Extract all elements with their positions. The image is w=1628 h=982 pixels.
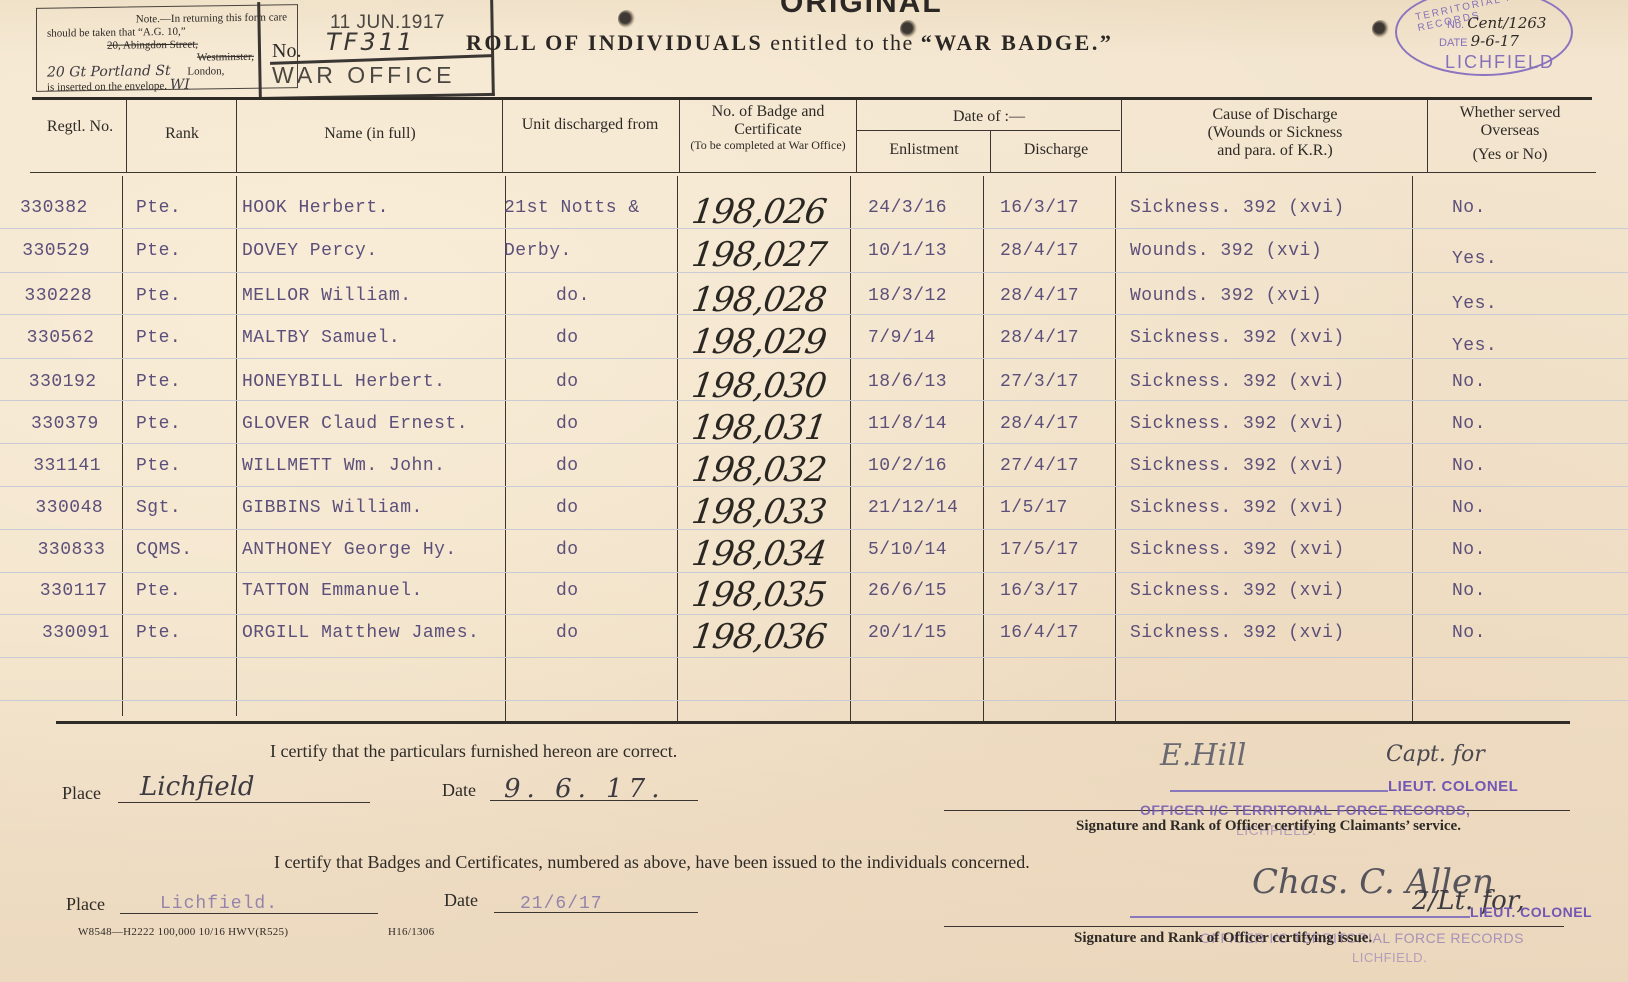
- col-divider: [126, 100, 127, 172]
- form-code: H16/1306: [388, 926, 434, 938]
- col-header-overseas-l3: (Yes or No): [1430, 146, 1590, 164]
- cell-badge-number: 198,035: [689, 575, 828, 615]
- cell-rank: CQMS.: [136, 540, 193, 560]
- cell-discharge-date: 28/4/17: [1000, 328, 1079, 348]
- cell-discharge-date: 27/3/17: [1000, 372, 1079, 392]
- certification-1-statement: I certify that the particulars furnished…: [270, 741, 677, 762]
- cert1-place-value: Lichfield: [140, 772, 255, 802]
- cell-name: WILLMETT Wm. John.: [242, 456, 445, 476]
- cell-rank: Pte.: [136, 581, 181, 601]
- cert1-date-value: 9. 6. 17.: [504, 774, 666, 804]
- cell-regtl-no: 330192: [29, 372, 97, 392]
- cert2-stamp-rank: LIEUT. COLONEL: [1470, 904, 1592, 920]
- cell-overseas: No.: [1452, 414, 1486, 434]
- cell-enlistment-date: 10/1/13: [868, 241, 947, 261]
- table-top-rule: [32, 97, 1592, 100]
- col-header-name: Name (in full): [240, 125, 500, 143]
- cell-enlistment-date: 11/8/14: [868, 414, 947, 434]
- cell-discharge-date: 16/4/17: [1000, 623, 1079, 643]
- records-stamp-no-value: Cent/1263: [1467, 14, 1546, 32]
- cert2-stamp-line: [1130, 916, 1470, 918]
- cell-badge-number: 198,034: [689, 534, 828, 574]
- col-divider: [677, 176, 678, 721]
- cell-enlistment-date: 7/9/14: [868, 328, 936, 348]
- cell-cause: Wounds. 392 (xvi): [1130, 241, 1322, 261]
- cell-regtl-no: 331141: [33, 456, 101, 476]
- col-header-cause-l2: (Wounds or Sickness: [1125, 124, 1425, 142]
- cert1-stamp-line: [1170, 790, 1388, 792]
- cell-overseas: No.: [1452, 623, 1486, 643]
- date-of-rule: [856, 130, 1120, 131]
- title-part-3: “WAR BADGE.”: [921, 30, 1114, 55]
- punch-hole-icon: [618, 10, 636, 28]
- cell-rank: Sgt.: [136, 498, 181, 518]
- cell-overseas: No.: [1452, 372, 1486, 392]
- table-header-rule: [30, 172, 1596, 173]
- cell-discharge-date: 28/4/17: [1000, 241, 1079, 261]
- cell-regtl-no: 330117: [40, 581, 108, 601]
- cell-regtl-no: 330529: [22, 241, 90, 261]
- cell-name: HONEYBILL Herbert.: [242, 372, 445, 392]
- cell-badge-number: 198,030: [689, 366, 828, 406]
- cell-enlistment-date: 18/6/13: [868, 372, 947, 392]
- cell-cause: Sickness. 392 (xvi): [1130, 581, 1345, 601]
- col-header-badge: No. of Badge and Certificate (To be comp…: [682, 103, 854, 152]
- cert1-caption: Signature and Rank of Officer certifying…: [1076, 818, 1461, 835]
- col-divider: [502, 100, 503, 172]
- cell-name: GIBBINS William.: [242, 498, 423, 518]
- col-header-cause-l3: and para. of K.R.): [1125, 142, 1425, 160]
- cell-unit: do: [556, 581, 579, 601]
- cell-enlistment-date: 26/6/15: [868, 581, 947, 601]
- col-header-rank: Rank: [130, 125, 234, 143]
- col-divider: [679, 100, 680, 172]
- cell-badge-number: 198,029: [689, 322, 828, 362]
- cell-rank: Pte.: [136, 414, 181, 434]
- cell-overseas: No.: [1452, 456, 1486, 476]
- col-header-unit: Unit discharged from: [520, 116, 660, 134]
- cell-name: HOOK Herbert.: [242, 198, 389, 218]
- cell-regtl-no: 330382: [20, 198, 88, 218]
- note-line-6: is inserted on the envelope.: [47, 80, 167, 94]
- cell-unit: do: [556, 414, 579, 434]
- cell-enlistment-date: 10/2/16: [868, 456, 947, 476]
- cell-badge-number: 198,033: [689, 492, 828, 532]
- cert1-stamp-rank: LIEUT. COLONEL: [1388, 778, 1518, 795]
- cell-regtl-no: 330833: [38, 540, 106, 560]
- cell-unit: do: [556, 372, 579, 392]
- col-header-overseas-l1: Whether served: [1430, 104, 1590, 122]
- col-divider: [236, 100, 237, 172]
- cell-overseas: No.: [1452, 540, 1486, 560]
- cell-discharge-date: 27/4/17: [1000, 456, 1079, 476]
- cell-enlistment-date: 20/1/15: [868, 623, 947, 643]
- col-header-cause-l1: Cause of Discharge: [1125, 106, 1425, 124]
- col-header-cause: Cause of Discharge (Wounds or Sickness a…: [1125, 106, 1425, 160]
- col-header-overseas-l2: Overseas: [1430, 122, 1590, 140]
- cert2-date-value: 21/6/17: [520, 894, 603, 914]
- cert2-place-label: Place: [66, 894, 105, 915]
- cell-regtl-no: 330048: [35, 498, 103, 518]
- cell-badge-number: 198,036: [689, 617, 828, 657]
- cell-cause: Wounds. 392 (xvi): [1130, 286, 1322, 306]
- cell-unit: do: [556, 328, 579, 348]
- cell-unit: do: [556, 498, 579, 518]
- war-office-no-label: No.: [272, 40, 301, 63]
- cell-unit: do: [556, 623, 579, 643]
- records-office-stamp: TERRITORIAL FORCE RECORDS No. Cent/1263 …: [1395, 0, 1573, 76]
- cell-discharge-date: 28/4/17: [1000, 414, 1079, 434]
- cert1-place-line: [118, 802, 370, 803]
- cert2-signature-line: [944, 926, 1564, 927]
- col-divider: [990, 130, 991, 172]
- cell-unit: do: [556, 540, 579, 560]
- cell-name: TATTON Emmanuel.: [242, 581, 423, 601]
- col-divider: [1115, 176, 1116, 721]
- print-code: W8548—H2222 100,000 10/16 HWV(R525): [78, 926, 288, 938]
- cell-rank: Pte.: [136, 241, 181, 261]
- cell-regtl-no: 330228: [24, 286, 92, 306]
- cell-discharge-date: 28/4/17: [1000, 286, 1079, 306]
- cell-overseas: No.: [1452, 581, 1486, 601]
- cell-discharge-date: 17/5/17: [1000, 540, 1079, 560]
- cell-cause: Sickness. 392 (xvi): [1130, 623, 1345, 643]
- original-stamp: ORIGINAL: [780, 0, 943, 20]
- cert1-place-label: Place: [62, 783, 101, 804]
- col-divider: [1121, 100, 1122, 172]
- cert1-signature: E.Hill: [1160, 738, 1246, 773]
- cell-cause: Sickness. 392 (xvi): [1130, 414, 1345, 434]
- records-stamp-date-value: 9-6-17: [1471, 32, 1519, 50]
- cell-cause: Sickness. 392 (xvi): [1130, 328, 1345, 348]
- cell-cause: Sickness. 392 (xvi): [1130, 498, 1345, 518]
- cell-cause: Sickness. 392 (xvi): [1130, 198, 1345, 218]
- cell-badge-number: 198,026: [689, 192, 828, 232]
- cell-name: ANTHONEY George Hy.: [242, 540, 457, 560]
- cell-regtl-no: 330379: [31, 414, 99, 434]
- cell-regtl-no: 330562: [27, 328, 95, 348]
- note-handwritten-postcode: WI: [170, 77, 190, 93]
- cell-enlistment-date: 24/3/16: [868, 198, 947, 218]
- cell-discharge-date: 16/3/17: [1000, 581, 1079, 601]
- cell-regtl-no: 330091: [42, 623, 110, 643]
- cell-name: DOVEY Percy.: [242, 241, 378, 261]
- cell-overseas: No.: [1452, 198, 1486, 218]
- col-divider: [236, 176, 237, 716]
- col-header-regtl-no: Regtl. No.: [40, 118, 120, 136]
- cell-name: GLOVER Claud Ernest.: [242, 414, 468, 434]
- cell-badge-number: 198,031: [689, 408, 828, 448]
- cell-name: MELLOR William.: [242, 286, 412, 306]
- cell-cause: Sickness. 392 (xvi): [1130, 456, 1345, 476]
- cell-rank: Pte.: [136, 372, 181, 392]
- cell-badge-number: 198,032: [689, 450, 828, 490]
- cert2-stamp-city: LICHFIELD.: [1352, 950, 1427, 965]
- page-title: ROLL OF INDIVIDUALS entitled to the “WAR…: [466, 30, 1113, 56]
- cell-cause: Sickness. 392 (xvi): [1130, 372, 1345, 392]
- col-header-discharge: Discharge: [992, 141, 1120, 159]
- title-part-2: entitled to the: [770, 30, 913, 55]
- records-stamp-no-label: No.: [1447, 19, 1464, 31]
- cell-rank: Pte.: [136, 623, 181, 643]
- title-part-1: ROLL OF INDIVIDUALS: [466, 30, 763, 55]
- war-office-stamp-text: WAR OFFICE: [272, 62, 456, 89]
- cell-unit: do.: [556, 286, 590, 306]
- col-header-enlistment: Enlistment: [860, 141, 988, 159]
- war-office-no-value: TF311: [326, 28, 415, 56]
- records-stamp-date-label: DATE: [1439, 37, 1468, 49]
- cell-overseas: Yes.: [1452, 336, 1497, 356]
- col-divider: [983, 176, 984, 721]
- cell-enlistment-date: 5/10/14: [868, 540, 947, 560]
- col-divider: [1412, 176, 1413, 721]
- cell-cause: Sickness. 392 (xvi): [1130, 540, 1345, 560]
- col-divider: [122, 176, 123, 716]
- table-bottom-rule: [56, 721, 1570, 724]
- col-divider: [850, 176, 851, 721]
- records-stamp-city: LICHFIELD: [1445, 52, 1555, 73]
- col-header-badge-main: No. of Badge and Certificate: [712, 103, 825, 138]
- cell-discharge-date: 1/5/17: [1000, 498, 1068, 518]
- cell-overseas: Yes.: [1452, 249, 1497, 269]
- cell-overseas: No.: [1452, 498, 1486, 518]
- certification-2-statement: I certify that Badges and Certificates, …: [274, 852, 1030, 873]
- cert2-caption: Signature and Rank of Officer certifying…: [1074, 930, 1372, 947]
- cert2-place-value: Lichfield.: [160, 894, 278, 914]
- cell-rank: Pte.: [136, 198, 181, 218]
- cell-rank: Pte.: [136, 328, 181, 348]
- cert1-signature-rank: Capt. for: [1386, 742, 1485, 767]
- punch-hole-icon: [1372, 20, 1390, 38]
- cell-name: MALTBY Samuel.: [242, 328, 400, 348]
- col-divider: [856, 100, 857, 172]
- cert1-stamp-officer: OFFICER I/C TERRITORIAL FORCE RECORDS,: [1140, 802, 1470, 818]
- punch-hole-icon: [900, 20, 918, 38]
- cell-overseas: Yes.: [1452, 294, 1497, 314]
- cell-rank: Pte.: [136, 456, 181, 476]
- col-header-badge-note: (To be completed at War Office): [682, 139, 854, 152]
- cell-unit: 21st Notts &: [504, 198, 640, 218]
- cell-enlistment-date: 18/3/12: [868, 286, 947, 306]
- cell-badge-number: 198,028: [689, 280, 828, 320]
- note-handwritten-address: 20 Gt Portland St: [47, 63, 171, 81]
- col-divider: [1427, 100, 1428, 172]
- cell-rank: Pte.: [136, 286, 181, 306]
- cell-enlistment-date: 21/12/14: [868, 498, 958, 518]
- cell-badge-number: 198,027: [689, 235, 828, 275]
- cert1-date-label: Date: [442, 780, 476, 801]
- cell-unit: do: [556, 456, 579, 476]
- cell-discharge-date: 16/3/17: [1000, 198, 1079, 218]
- cert2-date-label: Date: [444, 890, 478, 911]
- cell-name: ORGILL Matthew James.: [242, 623, 479, 643]
- cell-unit: Derby.: [504, 241, 572, 261]
- col-header-date-of: Date of :—: [860, 108, 1118, 126]
- col-header-overseas: Whether served Overseas (Yes or No): [1430, 104, 1590, 164]
